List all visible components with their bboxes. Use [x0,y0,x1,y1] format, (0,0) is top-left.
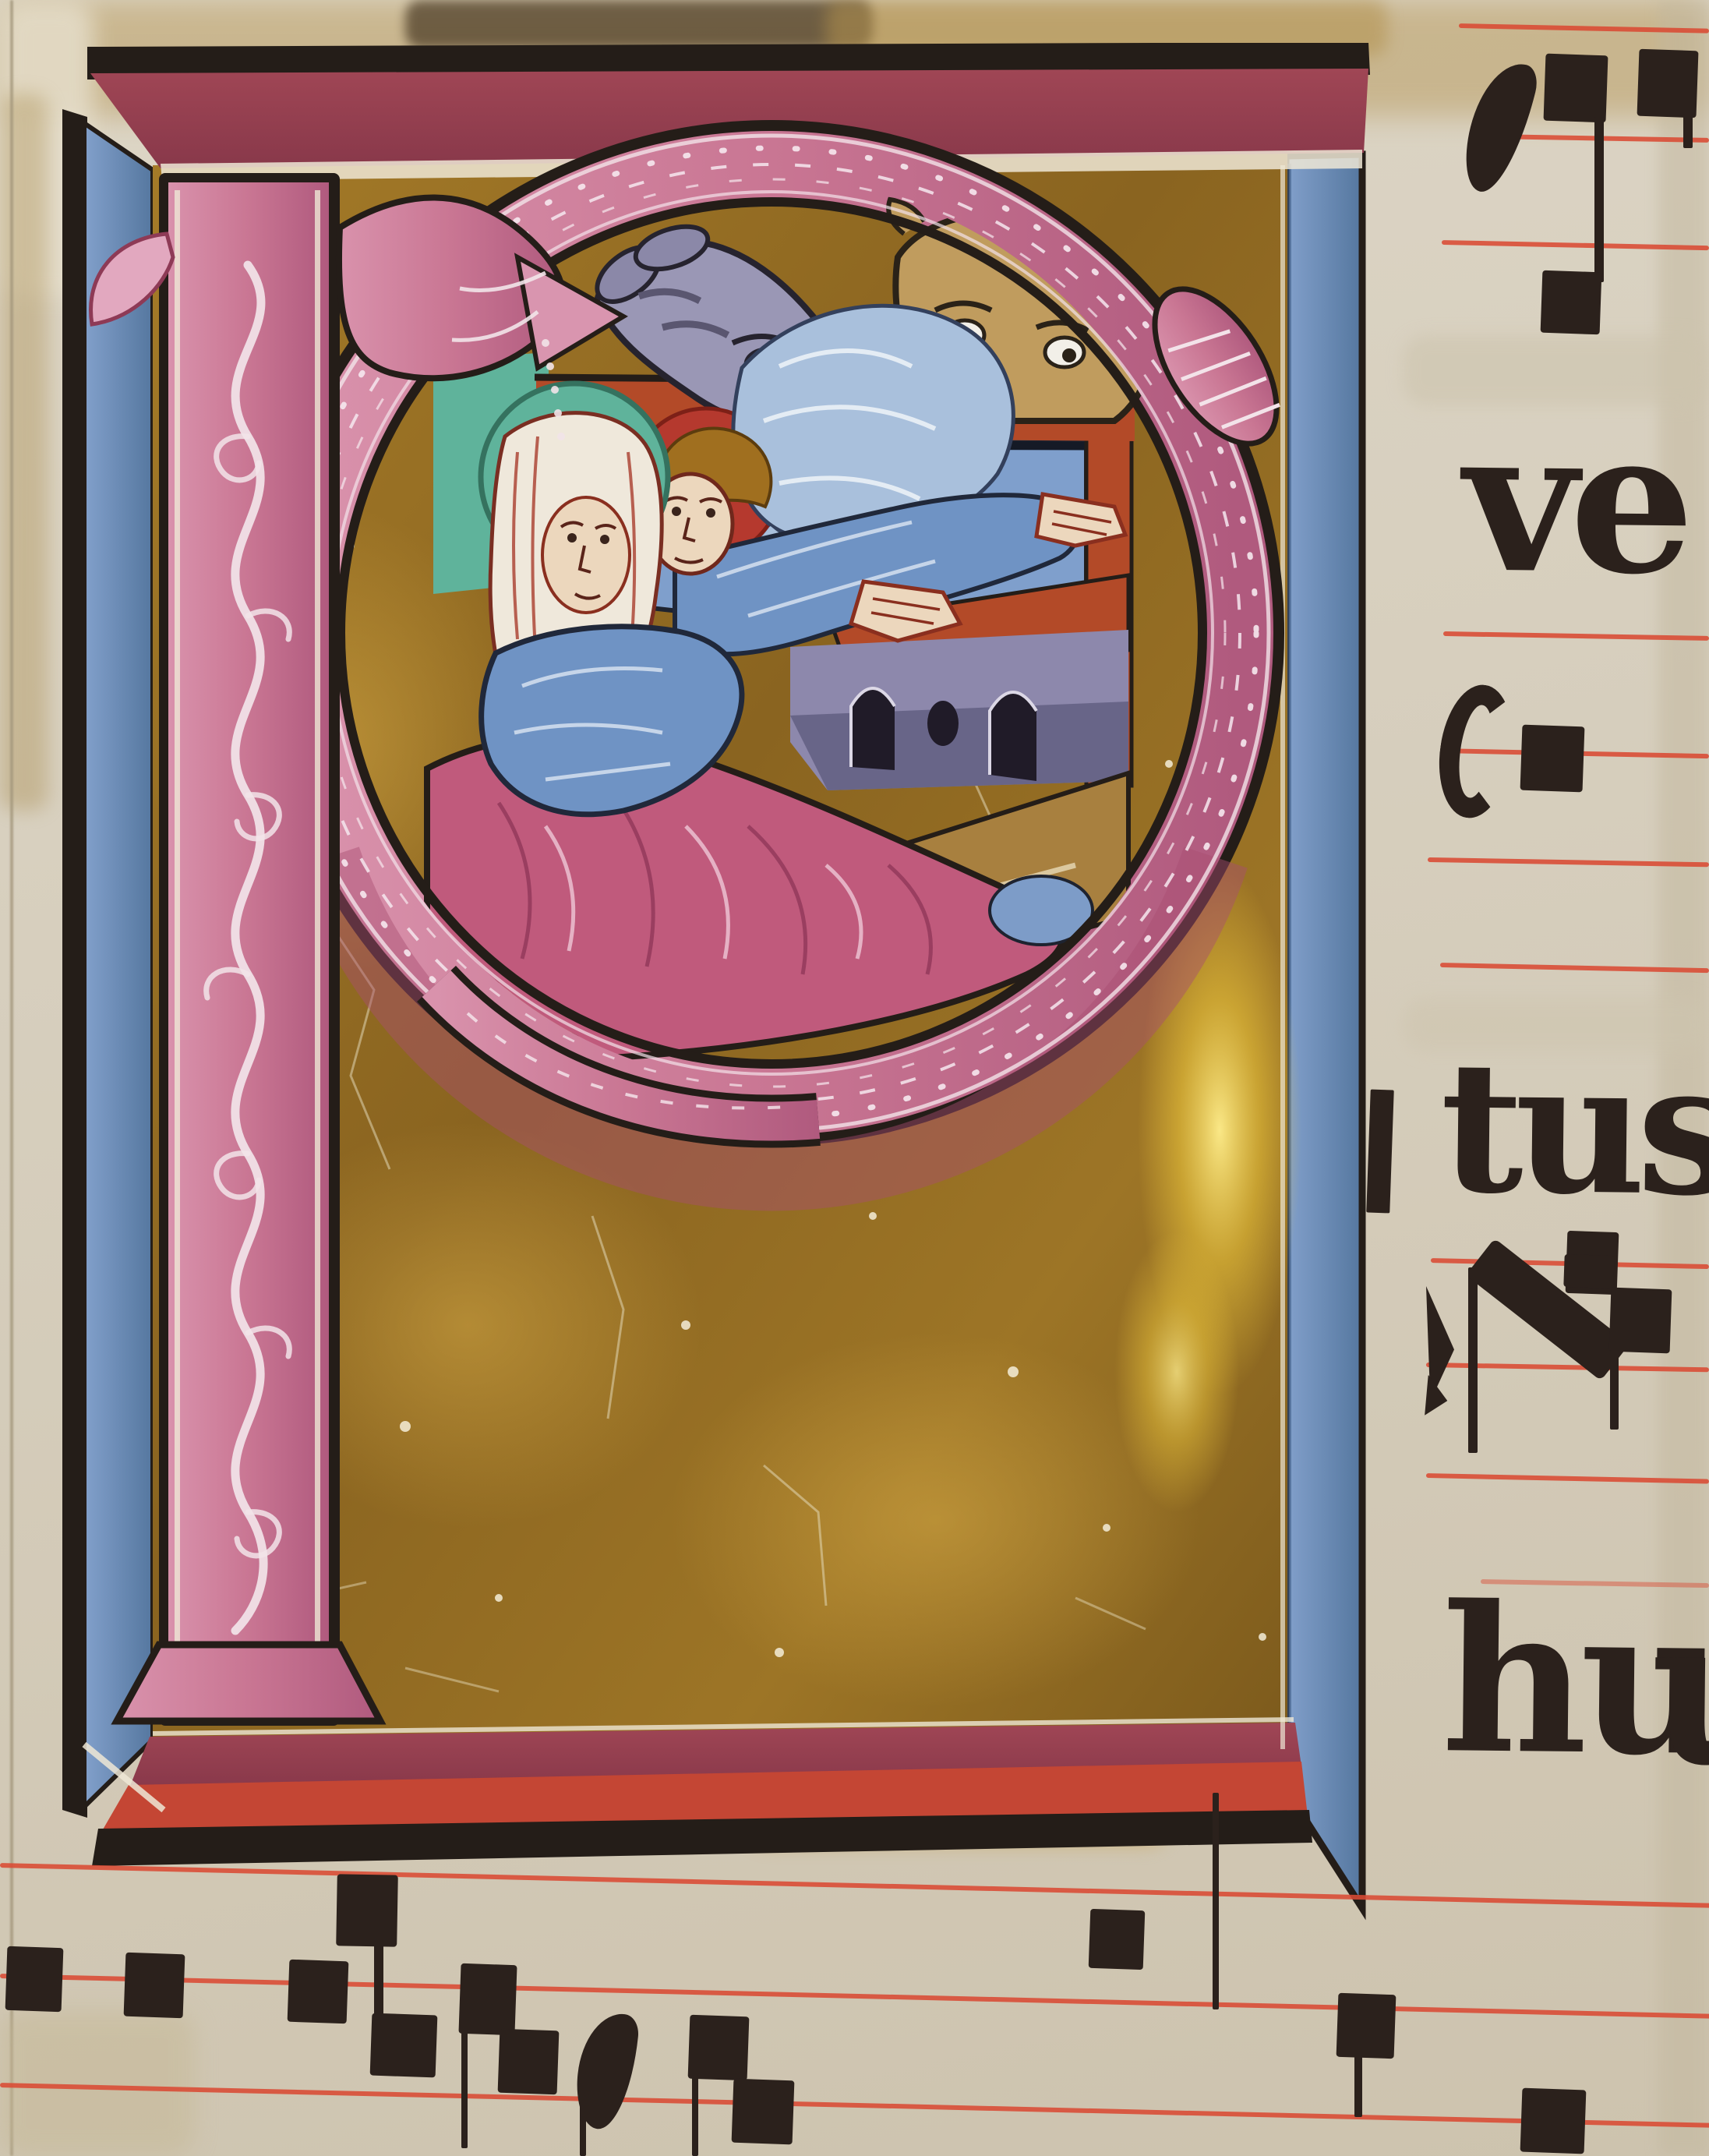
neume-square [5,1946,64,2012]
neume-stem [1468,1267,1478,1453]
neume-square [1637,49,1699,118]
neume-square [1563,1254,1614,1288]
staff-line [1440,963,1709,973]
neume-square [1544,54,1608,123]
neume-square [458,1963,517,2035]
neume-square [1089,1909,1146,1970]
neume-stem [1594,117,1604,282]
staff-line [0,1974,1709,2019]
staff-line [0,2083,1709,2128]
neume-square [1609,1288,1672,1354]
neume-stem [374,1941,383,2020]
manuscript-page: ve tus hu u [0,0,1709,2156]
staff-line [1443,631,1709,641]
neume-flag [1456,55,1541,199]
neume-square [124,1953,185,2019]
text-fragment-ve: ve [1463,403,1688,602]
staff-line [0,1863,1709,1908]
neume-square [1520,725,1585,793]
neume-stem [580,2105,586,2156]
neume-stem [461,2030,468,2148]
neume-stem [1683,114,1693,148]
neume-stem [1610,1350,1619,1430]
neume-square [1336,1993,1397,2059]
staff-line [1442,240,1709,250]
neume-square [288,1960,349,2024]
neume-square [1541,270,1602,335]
staff-line [1459,23,1709,34]
neume-stem [692,2075,698,2156]
neume-square [732,2079,795,2145]
neume-square [336,1874,398,1946]
text-fragment-tus: tus [1439,1037,1709,1221]
neume-stem [1354,2055,1362,2117]
neume-square [370,2013,438,2078]
neume-square [498,2029,560,2095]
staff-line [1426,1473,1709,1484]
neume-crescent [1431,680,1520,822]
neume-bar [1366,1090,1393,1214]
neume-stem [1213,1793,1219,2009]
neume-square [688,2015,750,2081]
staff-line [1428,857,1709,867]
text-fragment-partial-u: u [1650,1591,1709,1794]
neume-square [1520,2088,1587,2154]
